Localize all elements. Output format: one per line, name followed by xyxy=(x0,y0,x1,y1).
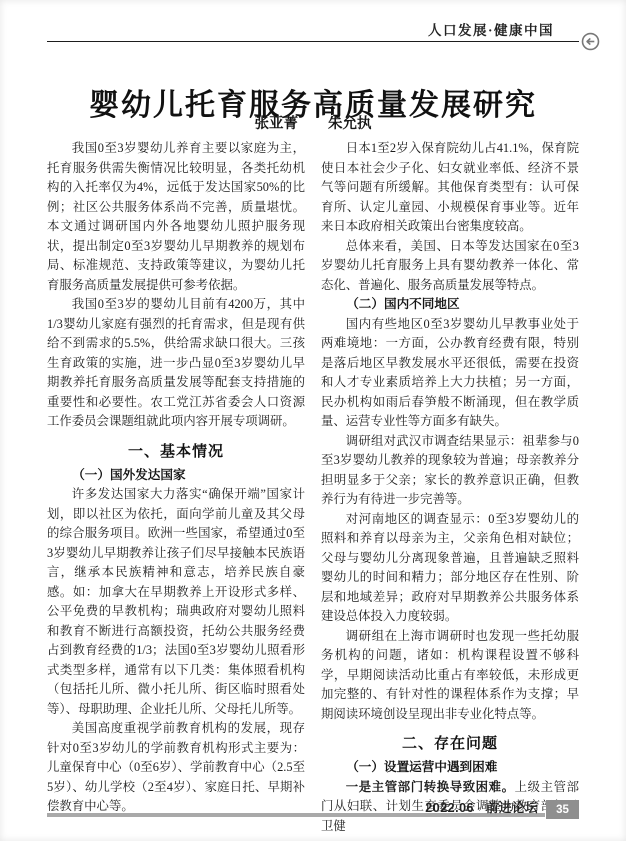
author-name: 张亚菁 xyxy=(255,112,299,133)
right-column: 日本1至2岁入保育院幼儿占41.1%，保育院使日本社会少子化、妇女就业率低、经济… xyxy=(321,139,579,836)
author-name: 朱允执 xyxy=(328,112,372,133)
paragraph: 国内有些地区0至3岁婴幼儿早教事业处于两难境地：一方面，公办教育经费有限，特别是… xyxy=(321,315,579,432)
footer-text: 2022.06前进论坛 xyxy=(425,798,538,816)
paragraph: 许多发达国家大力落实“确保开端”国家计划，即以社区为依托，面向学前儿童及其父母的… xyxy=(47,485,305,719)
paragraph: 调研组在上海市调研时也发现一些托幼服务机构的问题，诸如：机构课程设置不够科学，早… xyxy=(321,627,579,725)
left-column: 我国0至3岁婴幼儿养育主要以家庭为主，托育服务供需失衡情况比较明显，各类托幼机构… xyxy=(47,139,305,836)
paragraph-lead: 一是主管部门转换导致困难。 xyxy=(346,780,515,794)
subsection-heading: （一）设置运营中遇到困难 xyxy=(321,758,579,778)
section-heading-2: 二、存在问题 xyxy=(321,732,579,753)
subsection-heading: （一）国外发达国家 xyxy=(47,466,305,486)
paragraph: 日本1至2岁入保育院幼儿占41.1%，保育院使日本社会少子化、妇女就业率低、经济… xyxy=(321,139,579,237)
header-rule xyxy=(47,41,579,42)
page-number-badge: 35 xyxy=(546,800,579,819)
footer-journal: 前进论坛 xyxy=(486,801,538,815)
section-heading-1: 一、基本情况 xyxy=(47,440,305,461)
paragraph: 对河南地区的调查显示：0至3岁婴幼儿的照料和养育以母亲为主，父亲角色相对缺位；父… xyxy=(321,510,579,627)
back-arrow-circle-icon xyxy=(581,32,600,51)
paragraph: 美国高度重视学前教育机构的发展，现存针对0至3岁幼儿的学前教育机构形式主要为：儿… xyxy=(47,719,305,817)
author-list: 张亚菁 朱允执 xyxy=(0,112,626,133)
subsection-heading: （二）国内不同地区 xyxy=(321,295,579,315)
paragraph: 我国0至3岁的婴幼儿目前有4200万，其中1/3婴幼儿家庭有强烈的托育需求，但是… xyxy=(47,295,305,432)
article-body: 我国0至3岁婴幼儿养育主要以家庭为主，托育服务供需失衡情况比较明显，各类托幼机构… xyxy=(47,139,579,836)
masthead-label: 人口发展·健康中国 xyxy=(428,19,554,39)
paragraph: 总体来看，美国、日本等发达国家在0至3岁婴幼儿托育服务上具有婴幼教养一体化、常态… xyxy=(321,237,579,296)
footer-issue: 2022.06 xyxy=(425,801,474,815)
paragraph: 调研组对武汉市调查结果显示：祖辈参与0至3岁婴幼儿教养的现象较为普遍；母亲教养分… xyxy=(321,432,579,510)
paragraph-abstract: 我国0至3岁婴幼儿养育主要以家庭为主，托育服务供需失衡情况比较明显，各类托幼机构… xyxy=(47,139,305,295)
